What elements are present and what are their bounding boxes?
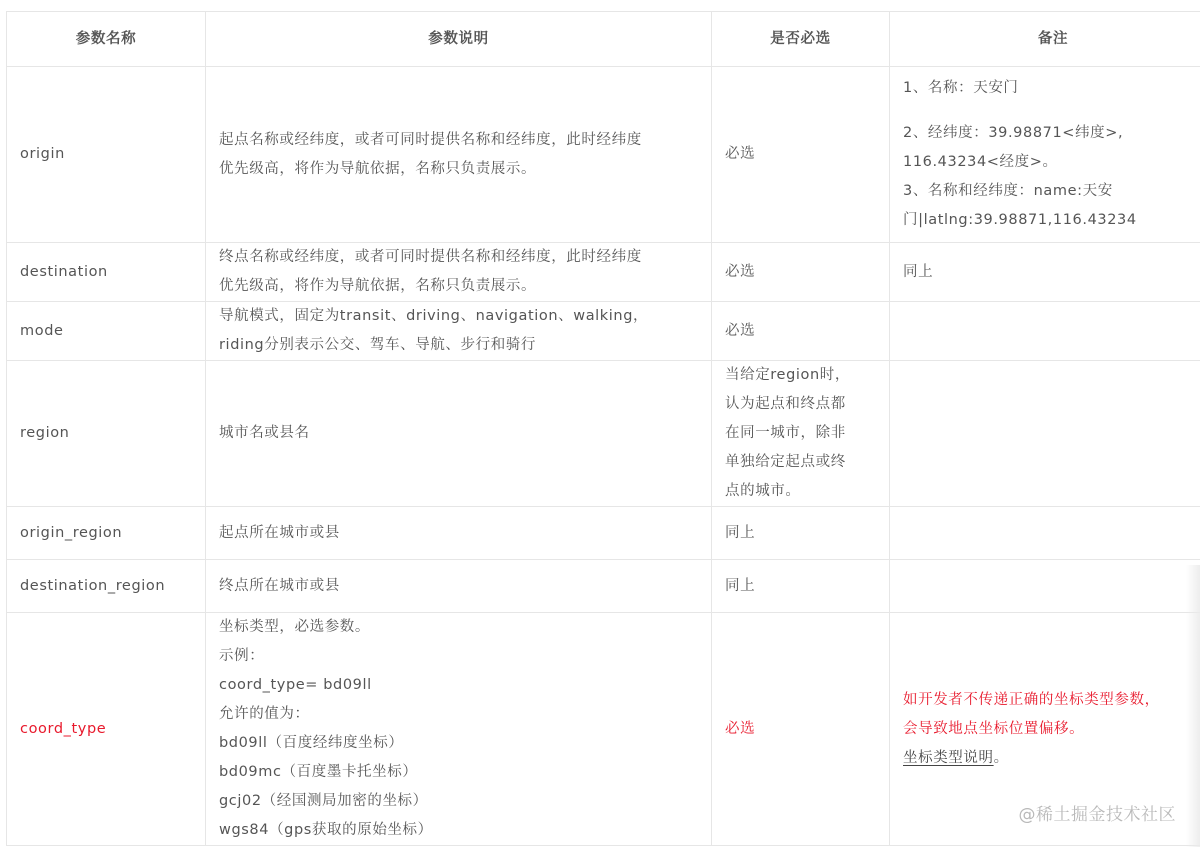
param-name: destination_region [7,560,206,613]
param-name: region [7,361,206,507]
param-required: 必选 [712,302,890,361]
param-required: 必选 [712,243,890,302]
table-row-mode: mode 导航模式，固定为transit、driving、navigation、… [7,302,1200,361]
param-notes: 1、名称：天安门 2、经纬度：39.98871<纬度>, 116.43234<经… [890,67,1200,243]
param-description: 导航模式，固定为transit、driving、navigation、walki… [206,302,712,361]
required-line: 认为起点和终点都 [725,390,876,419]
header-notes: 备注 [890,12,1200,67]
note-line: 门|latlng:39.98871,116.43234 [903,206,1200,235]
description-line: 优先级高，将作为导航依据，名称只负责展示。 [219,272,698,301]
description-line: 终点名称或经纬度，或者可同时提供名称和经纬度，此时经纬度 [219,243,698,272]
note-line: 2、经纬度：39.98871<纬度>, [903,119,1200,148]
param-required: 同上 [712,507,890,560]
param-notes [890,507,1200,560]
link-suffix: 。 [994,750,1009,766]
required-line: 在同一城市，除非 [725,419,876,448]
param-required: 必选 [712,67,890,243]
param-name: mode [7,302,206,361]
param-notes [890,302,1200,361]
required-line: 点的城市。 [725,477,876,506]
coord-type-doc-link[interactable]: 坐标类型说明 [903,750,994,766]
description-line: 允许的值为： [219,700,698,729]
param-required: 同上 [712,560,890,613]
param-notes [890,361,1200,507]
param-description: 终点所在城市或县 [206,560,712,613]
scroll-edge-shadow [1186,565,1200,847]
required-line: 当给定region时， [725,361,876,390]
note-line: 116.43234<经度>。 [903,148,1200,177]
params-table-container: 参数名称 参数说明 是否必选 备注 origin 起点名称或经纬度，或者可同时提… [6,11,1200,846]
param-description: 城市名或县名 [206,361,712,507]
param-notes [890,560,1200,613]
description-line: 坐标类型，必选参数。 [219,613,698,642]
description-line: bd09ll（百度经纬度坐标） [219,729,698,758]
param-name: destination [7,243,206,302]
description-line: coord_type= bd09ll [219,671,698,700]
header-required: 是否必选 [712,12,890,67]
table-row-origin: origin 起点名称或经纬度，或者可同时提供名称和经纬度，此时经纬度 优先级高… [7,67,1200,243]
param-description: 起点所在城市或县 [206,507,712,560]
description-line: 起点名称或经纬度，或者可同时提供名称和经纬度，此时经纬度 [219,126,698,155]
table-row-origin-region: origin_region 起点所在城市或县 同上 [7,507,1200,560]
param-name: origin [7,67,206,243]
table-row-region: region 城市名或县名 当给定region时， 认为起点和终点都 在同一城市… [7,361,1200,507]
header-param-description: 参数说明 [206,12,712,67]
param-description: 终点名称或经纬度，或者可同时提供名称和经纬度，此时经纬度 优先级高，将作为导航依… [206,243,712,302]
param-description: 坐标类型，必选参数。 示例： coord_type= bd09ll 允许的值为：… [206,613,712,846]
description-line: bd09mc（百度墨卡托坐标） [219,758,698,787]
param-description: 起点名称或经纬度，或者可同时提供名称和经纬度，此时经纬度 优先级高，将作为导航依… [206,67,712,243]
param-name: coord_type [7,613,206,846]
table-row-destination-region: destination_region 终点所在城市或县 同上 [7,560,1200,613]
description-line: 导航模式，固定为transit、driving、navigation、walki… [219,302,698,331]
table-row-destination: destination 终点名称或经纬度，或者可同时提供名称和经纬度，此时经纬度… [7,243,1200,302]
warning-line: 如开发者不传递正确的坐标类型参数， [903,686,1200,715]
param-required: 必选 [712,613,890,846]
warning-line: 会导致地点坐标位置偏移。 [903,715,1200,744]
param-name: origin_region [7,507,206,560]
coord-type-doc-line: 坐标类型说明。 [903,744,1200,773]
description-line: riding分别表示公交、驾车、导航、步行和骑行 [219,331,698,360]
param-required: 当给定region时， 认为起点和终点都 在同一城市，除非 单独给定起点或终 点… [712,361,890,507]
note-line: 1、名称：天安门 [903,74,1200,103]
table-header-row: 参数名称 参数说明 是否必选 备注 [7,12,1200,67]
description-line: 示例： [219,642,698,671]
header-param-name: 参数名称 [7,12,206,67]
description-line: wgs84（gps获取的原始坐标） [219,816,698,845]
note-line: 3、名称和经纬度：name:天安 [903,177,1200,206]
required-line: 单独给定起点或终 [725,448,876,477]
params-table: 参数名称 参数说明 是否必选 备注 origin 起点名称或经纬度，或者可同时提… [6,11,1200,846]
note-spacer [903,103,1200,119]
watermark: @稀土掘金技术社区 [1019,800,1177,825]
description-line: gcj02（经国测局加密的坐标） [219,787,698,816]
description-line: 优先级高，将作为导航依据，名称只负责展示。 [219,155,698,184]
param-notes: 同上 [890,243,1200,302]
